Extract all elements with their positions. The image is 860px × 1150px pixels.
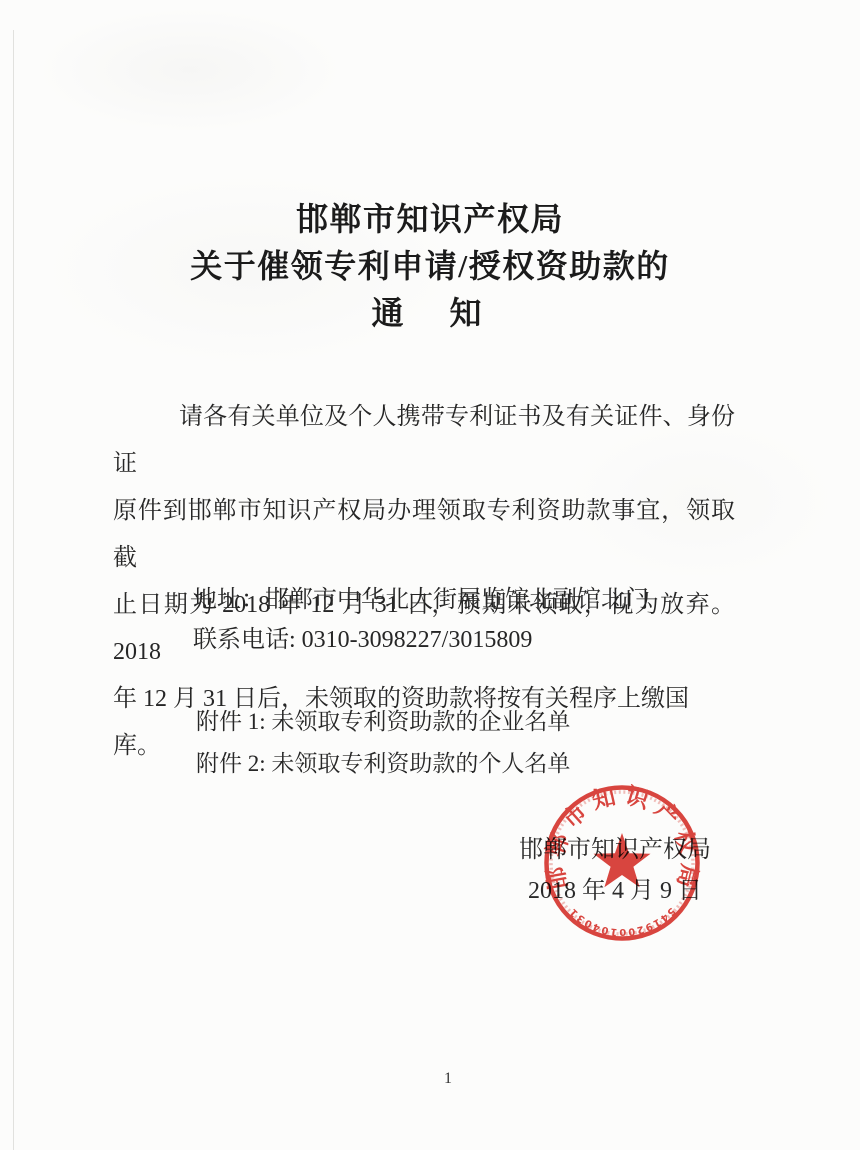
title-notice-line: 通 知 bbox=[0, 290, 860, 337]
body-line: 原件到邯郸市知识产权局办理领取专利资助款事宜，领取截 bbox=[113, 488, 735, 582]
body-line: 请各有关单位及个人携带专利证书及有关证件、身份证 bbox=[113, 394, 735, 488]
document-title: 邯郸市知识产权局 关于催领专利申请/授权资助款的 通 知 bbox=[0, 196, 860, 337]
title-subject-line: 关于催领专利申请/授权资助款的 bbox=[0, 243, 860, 290]
official-seal: 邯郸市知识产权局 5419200104031 bbox=[537, 778, 707, 948]
attachment-1-line: 附件 1: 未领取专利资助款的企业名单 bbox=[196, 701, 570, 743]
page-number: 1 bbox=[0, 1070, 860, 1088]
attachment-2-line: 附件 2: 未领取专利资助款的个人名单 bbox=[196, 743, 570, 785]
attachments-list: 附件 1: 未领取专利资助款的企业名单 附件 2: 未领取专利资助款的个人名单 bbox=[196, 701, 570, 785]
contact-info: 地址：邯郸市中华北大街展览馆北副馆北门 联系电话: 0310-3098227/3… bbox=[193, 580, 649, 660]
scanned-notice-page: 邯郸市知识产权局 关于催领专利申请/授权资助款的 通 知 请各有关单位及个人携带… bbox=[0, 0, 860, 1150]
seal-star-icon bbox=[594, 833, 651, 887]
phone-line: 联系电话: 0310-3098227/3015809 bbox=[193, 620, 649, 660]
address-line: 地址：邯郸市中华北大街展览馆北副馆北门 bbox=[193, 580, 649, 620]
title-org-line: 邯郸市知识产权局 bbox=[0, 196, 860, 243]
